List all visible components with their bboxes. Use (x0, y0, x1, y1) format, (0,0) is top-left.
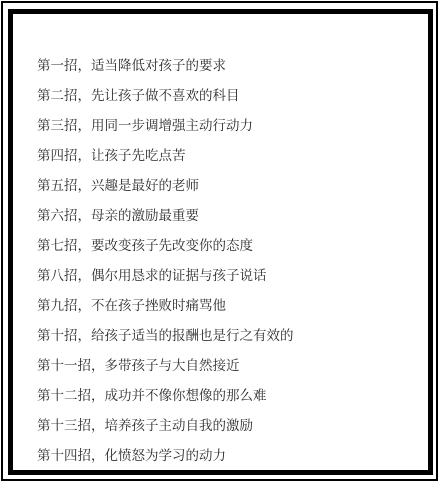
list-item: 第三招，用同一步调增强主动行动力 (37, 111, 294, 141)
list-item: 第一招，适当降低对孩子的要求 (37, 51, 294, 81)
list-item: 第二招，先让孩子做不喜欢的科目 (37, 81, 294, 111)
list-item: 第十一招，多带孩子与大自然接近 (37, 351, 294, 381)
list-item: 第八招，偶尔用恳求的证据与孩子说话 (37, 261, 294, 291)
list-item: 第十招，给孩子适当的报酬也是行之有效的 (37, 321, 294, 351)
list-item: 第七招，要改变孩子先改变你的态度 (37, 231, 294, 261)
list-item: 第十四招，化愤怒为学习的动力 (37, 441, 294, 471)
tips-list: 第一招，适当降低对孩子的要求 第二招，先让孩子做不喜欢的科目 第三招，用同一步调… (37, 51, 294, 471)
list-item: 第十三招，培养孩子主动自我的激励 (37, 411, 294, 441)
list-item: 第四招，让孩子先吃点苦 (37, 141, 294, 171)
list-item: 第五招，兴趣是最好的老师 (37, 171, 294, 201)
list-item: 第六招，母亲的激励最重要 (37, 201, 294, 231)
list-item: 第十二招，成功并不像你想像的那么难 (37, 381, 294, 411)
inner-border: 第一招，适当降低对孩子的要求 第二招，先让孩子做不喜欢的科目 第三招，用同一步调… (8, 9, 433, 475)
list-item: 第九招，不在孩子挫败时痛骂他 (37, 291, 294, 321)
